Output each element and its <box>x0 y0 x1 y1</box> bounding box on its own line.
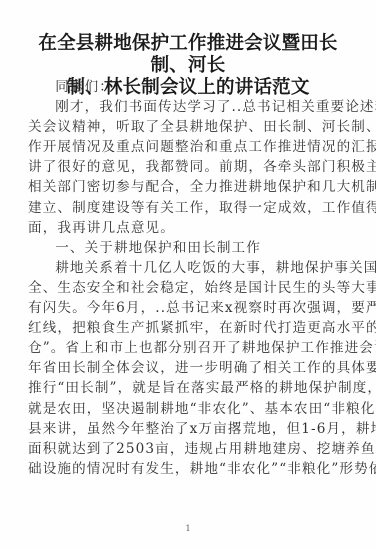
paragraph-farmland: 耕地关系着十几亿人吃饭的大事，耕地保护事关国家粮食安 全、生态安全和社会稳定，始… <box>28 258 350 479</box>
text-line: 础设施的情况时有发生，耕地“非农化”“非粮化”形势依然严 <box>28 459 350 479</box>
paragraph-opening: 刚才，我们书面传达学习了..总书记相关重要论述和省市相 关会议精神，听取了全县耕… <box>28 97 350 238</box>
text-line: 推行“田长制”，就是旨在落实最严格的耕地保护制度，让农田 <box>28 378 350 398</box>
salutation: 同志们： <box>28 77 350 97</box>
text-line: 作开展情况及重点问题整治和重点工作推进情况的汇报，x县长 <box>28 137 350 157</box>
document-body: 同志们： 刚才，我们书面传达学习了..总书记相关重要论述和省市相 关会议精神，听… <box>28 77 350 479</box>
page-number: 1 <box>0 524 376 533</box>
text-line: 关会议精神，听取了全县耕地保护、田长制、河长制、林长制工 <box>28 117 350 137</box>
text-line: 耕地关系着十几亿人吃饭的大事，耕地保护事关国家粮食安 <box>28 258 350 278</box>
text-line: 红线，把粮食生产抓紧抓牢，在新时代打造更高水平的“天府粮 <box>28 318 350 338</box>
text-line: 刚才，我们书面传达学习了..总书记相关重要论述和省市相 <box>28 97 350 117</box>
document-page: 在全县耕地保护工作推进会议暨田长制、河长 制、林长制会议上的讲话范文 同志们： … <box>0 0 376 550</box>
text-line: 面，我再讲几点意见。 <box>28 218 350 238</box>
text-line: 相关部门密切参与配合，全力推进耕地保护和几大机制组织体系 <box>28 177 350 197</box>
text-line: 就是农田，坚决遏制耕地“非农化”、基本农田“非粮化”。对我 <box>28 399 350 419</box>
title-line-1: 在全县耕地保护工作推进会议暨田长制、河长 <box>20 33 356 77</box>
text-line: 讲了很好的意见，我都赞同。前期，各牵头部门积极主动作为， <box>28 157 350 177</box>
text-line: 仓”。省上和市上也都分别召开了耕地保护工作推进会议暨2023 <box>28 338 350 358</box>
text-line: 面积就达到了2503亩，违规占用耕地建房、挖塘养鱼、修建基 <box>28 439 350 459</box>
text-line: 县来讲，虽然今年整治了x万亩撂荒地，但1-6月，耕地净流出 <box>28 419 350 439</box>
text-line: 年省田长制全体会议，进一步明确了相关工作的具体要求。全面 <box>28 358 350 378</box>
text-line: 有闪失。今年6月，..总书记来x视察时再次强调，要严守耕地 <box>28 298 350 318</box>
section-heading-1: 一、关于耕地保护和田长制工作 <box>28 238 350 258</box>
text-line: 全、生态安全和社会稳定，始终是国计民生的头等大事，绝不能 <box>28 278 350 298</box>
text-line: 建立、制度建设等有关工作，取得一定成效，工作值得肯定。下 <box>28 198 350 218</box>
